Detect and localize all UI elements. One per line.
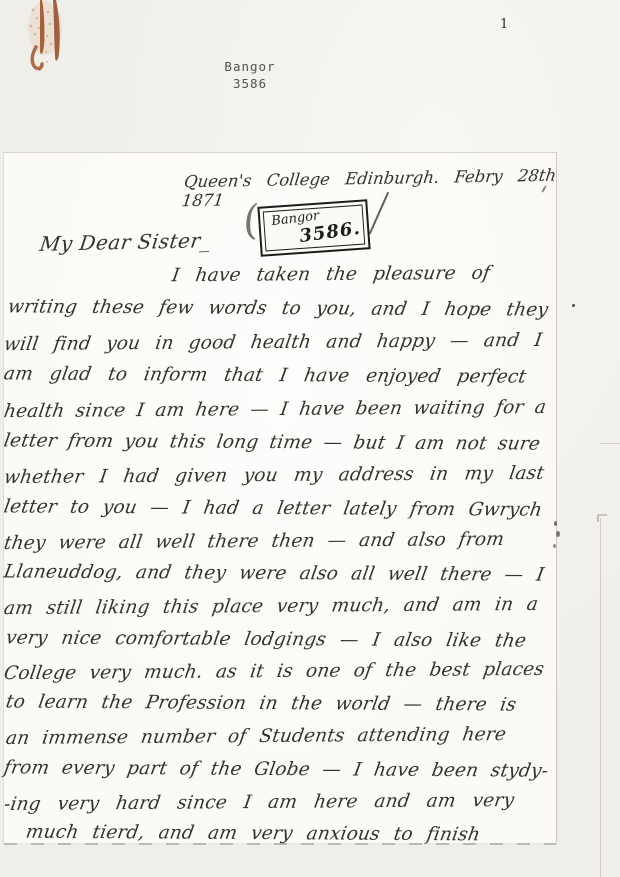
adjacent-page-edge-horizontal: [599, 443, 620, 444]
letter-line: College very much. as it is one of the b…: [2, 657, 546, 687]
letter-line: letter from you this long time — but I a…: [2, 428, 542, 457]
letter-line: letter to you — I had a letter lately fr…: [2, 494, 544, 523]
letter-line: writing these few words to you, and I ho…: [6, 294, 550, 323]
letter-line: from every part of the Globe — I have be…: [2, 755, 550, 784]
archive-reference-name: Bangor: [205, 58, 295, 75]
letter-line: an immense number of Students attending …: [4, 722, 508, 752]
archive-reference: Bangor 3586: [205, 58, 295, 92]
letter-line: to learn the Profession in the world — t…: [4, 689, 518, 718]
letter-line: very nice comfortable lodgings — I also …: [4, 625, 528, 654]
ink-speck: [572, 304, 575, 307]
adjacent-page-corner: [597, 514, 607, 522]
letter-line: health since I am here — I have been wai…: [2, 395, 548, 425]
bangor-stamp: Bangor 3586.: [257, 199, 370, 257]
ink-stain: [0, 0, 100, 100]
archive-reference-number: 3586: [205, 75, 295, 92]
letter-line: -ing very hard since I am here and am ve…: [2, 788, 516, 818]
letter-line: I have taken the pleasure of: [170, 261, 492, 290]
letter-line: they were all well there then — and also…: [2, 527, 506, 557]
letter-line: will find you in good health and happy —…: [2, 328, 544, 358]
letter-dateline: Queen's College Edinburgh. Febry 28th 18…: [181, 166, 558, 211]
letter-line: Llaneuddog, and they were also all well …: [2, 559, 546, 588]
page-number: 1: [500, 17, 509, 32]
bangor-stamp-inner-border: Bangor 3586.: [263, 205, 366, 252]
adjacent-page-edge-vertical: [600, 518, 601, 877]
ink-speck: [556, 531, 560, 537]
ink-speck: [554, 521, 557, 526]
scanned-letter-page: 1 Bangor 3586 Queen's College Edinburgh.…: [0, 0, 620, 877]
letter-salutation: My Dear Sister_: [38, 228, 212, 256]
letter-line: am still liking this place very much, an…: [2, 592, 540, 622]
letter-line: am glad to inform that I have enjoyed pe…: [2, 361, 528, 390]
letter-line: whether I had given you my address in my…: [2, 461, 546, 491]
letter-line: much tierd, and am very anxious to finis…: [24, 820, 482, 849]
ink-speck: [553, 544, 556, 548]
